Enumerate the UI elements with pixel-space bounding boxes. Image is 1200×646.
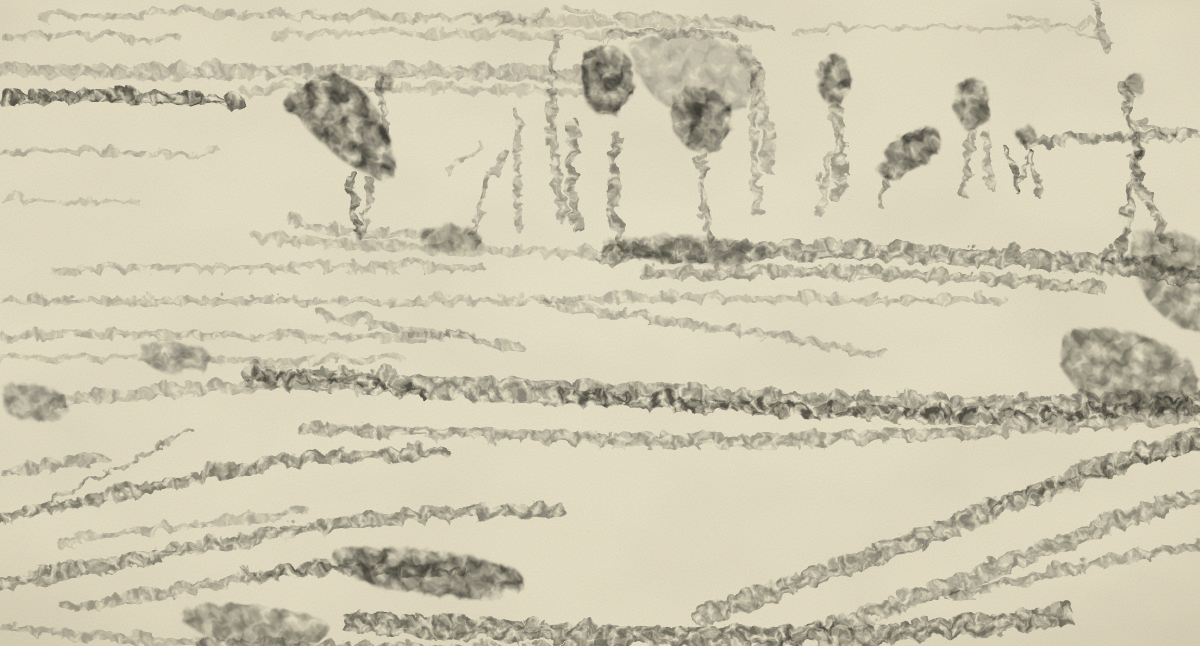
artwork-canvas xyxy=(0,0,1200,646)
vignette-overlay xyxy=(0,0,1200,646)
charcoal-sketch xyxy=(0,0,1200,646)
